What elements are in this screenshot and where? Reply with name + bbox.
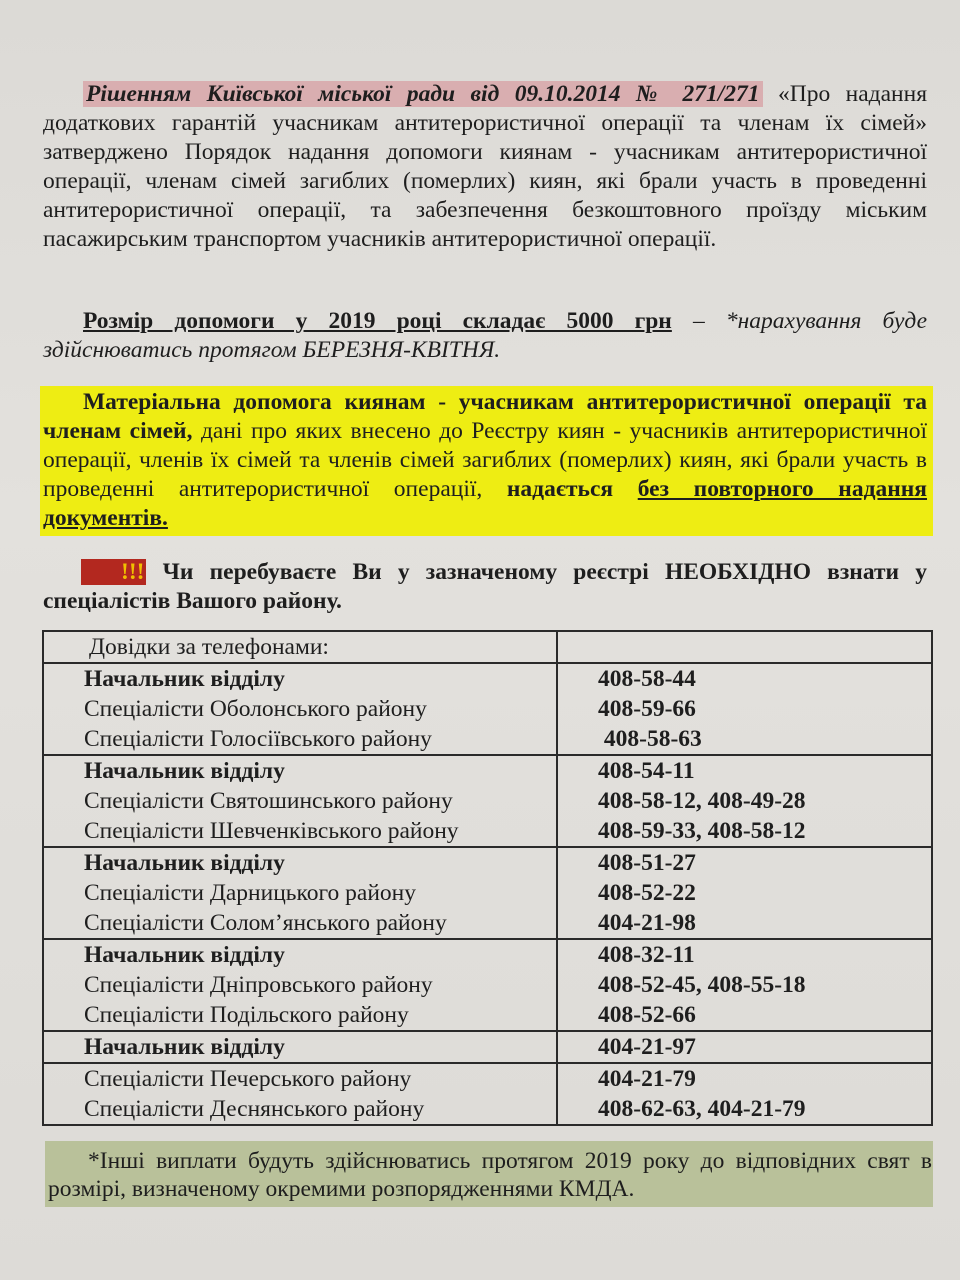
phone-number: 408-54-11 [598,756,931,786]
document-page: Рішенням Київської міської ради від 09.1… [0,0,960,1280]
phone-number: 408-52-22 [598,878,931,908]
district-specialists-label: Спеціалісти Подільского району [84,1000,556,1030]
department-head-label: Начальник відділу [84,756,556,786]
phone-number: 408-32-11 [598,940,931,970]
department-head-label: Начальник відділу [84,940,556,970]
phone-number: 408-52-66 [598,1000,931,1030]
phone-number: 408-58-12, 408-49-28 [598,786,931,816]
phone-number: 408-59-66 [598,694,931,724]
contacts-group: Начальник відділуСпеціалісти Дніпровсько… [43,939,932,1031]
district-specialists-label: Спеціалісти Святошинського району [84,786,556,816]
material-aid-paragraph: Матеріальна допомога киянам - учасникам … [43,388,927,533]
phone-number: 408-58-63 [598,724,931,754]
contacts-group: Начальник відділу404-21-97 [43,1031,932,1063]
intro-paragraph: Рішенням Київської міської ради від 09.1… [43,80,927,254]
amount-paragraph: Розмір допомоги у 2019 році складає 5000… [43,307,927,365]
district-specialists-label: Спеціалісти Печерського району [84,1064,556,1094]
phone-number: 408-52-45, 408-55-18 [598,970,931,1000]
phone-number: 408-59-33, 408-58-12 [598,816,931,846]
phone-number: 408-51-27 [598,848,931,878]
district-specialists-label: Спеціалісти Оболонського району [84,694,556,724]
footnote: *Інші виплати будуть здійснюватись протя… [48,1147,932,1203]
amount-label: Розмір допомоги у 2019 році складає 5000… [83,308,672,334]
phone-number: 404-21-97 [598,1032,931,1062]
exclamation-alert-icon: !!! [81,559,146,585]
department-head-label: Начальник відділу [84,1032,556,1062]
district-specialists-label: Спеціалісти Голосіївського району [84,724,556,754]
district-specialists-label: Спеціалісти Дніпровського району [84,970,556,1000]
contacts-header-row: Довідки за телефонами: [43,631,932,663]
phone-number: 404-21-98 [598,908,931,938]
district-specialists-label: Спеціалісти Шевченківського району [84,816,556,846]
aid-bold-end: надається [507,476,613,502]
alert-paragraph: !!! Чи перебуваєте Ви у зазначеному реєс… [43,558,927,616]
contacts-group: Спеціалісти Печерського районуСпеціаліст… [43,1063,932,1125]
contacts-header: Довідки за телефонами: [84,632,556,662]
contacts-table: Довідки за телефонами: Начальник відділу… [42,630,933,1126]
department-head-label: Начальник відділу [84,664,556,694]
alert-text: Чи перебуваєте Ви у зазначеному реєстрі … [43,559,927,614]
contacts-group: Начальник відділуСпеціалісти Оболонськог… [43,663,932,755]
phone-number: 408-58-44 [598,664,931,694]
decision-reference: Рішенням Київської міської ради від 09.1… [83,81,763,107]
district-specialists-label: Спеціалісти Деснянського району [84,1094,556,1124]
district-specialists-label: Спеціалісти Дарницького району [84,878,556,908]
phone-number: 408-62-63, 404-21-79 [598,1094,931,1124]
phone-number: 404-21-79 [598,1064,931,1094]
contacts-group: Начальник відділуСпеціалісти Дарницького… [43,847,932,939]
department-head-label: Начальник відділу [84,848,556,878]
contacts-group: Начальник відділуСпеціалісти Святошинськ… [43,755,932,847]
district-specialists-label: Спеціалісти Солом’янського району [84,908,556,938]
